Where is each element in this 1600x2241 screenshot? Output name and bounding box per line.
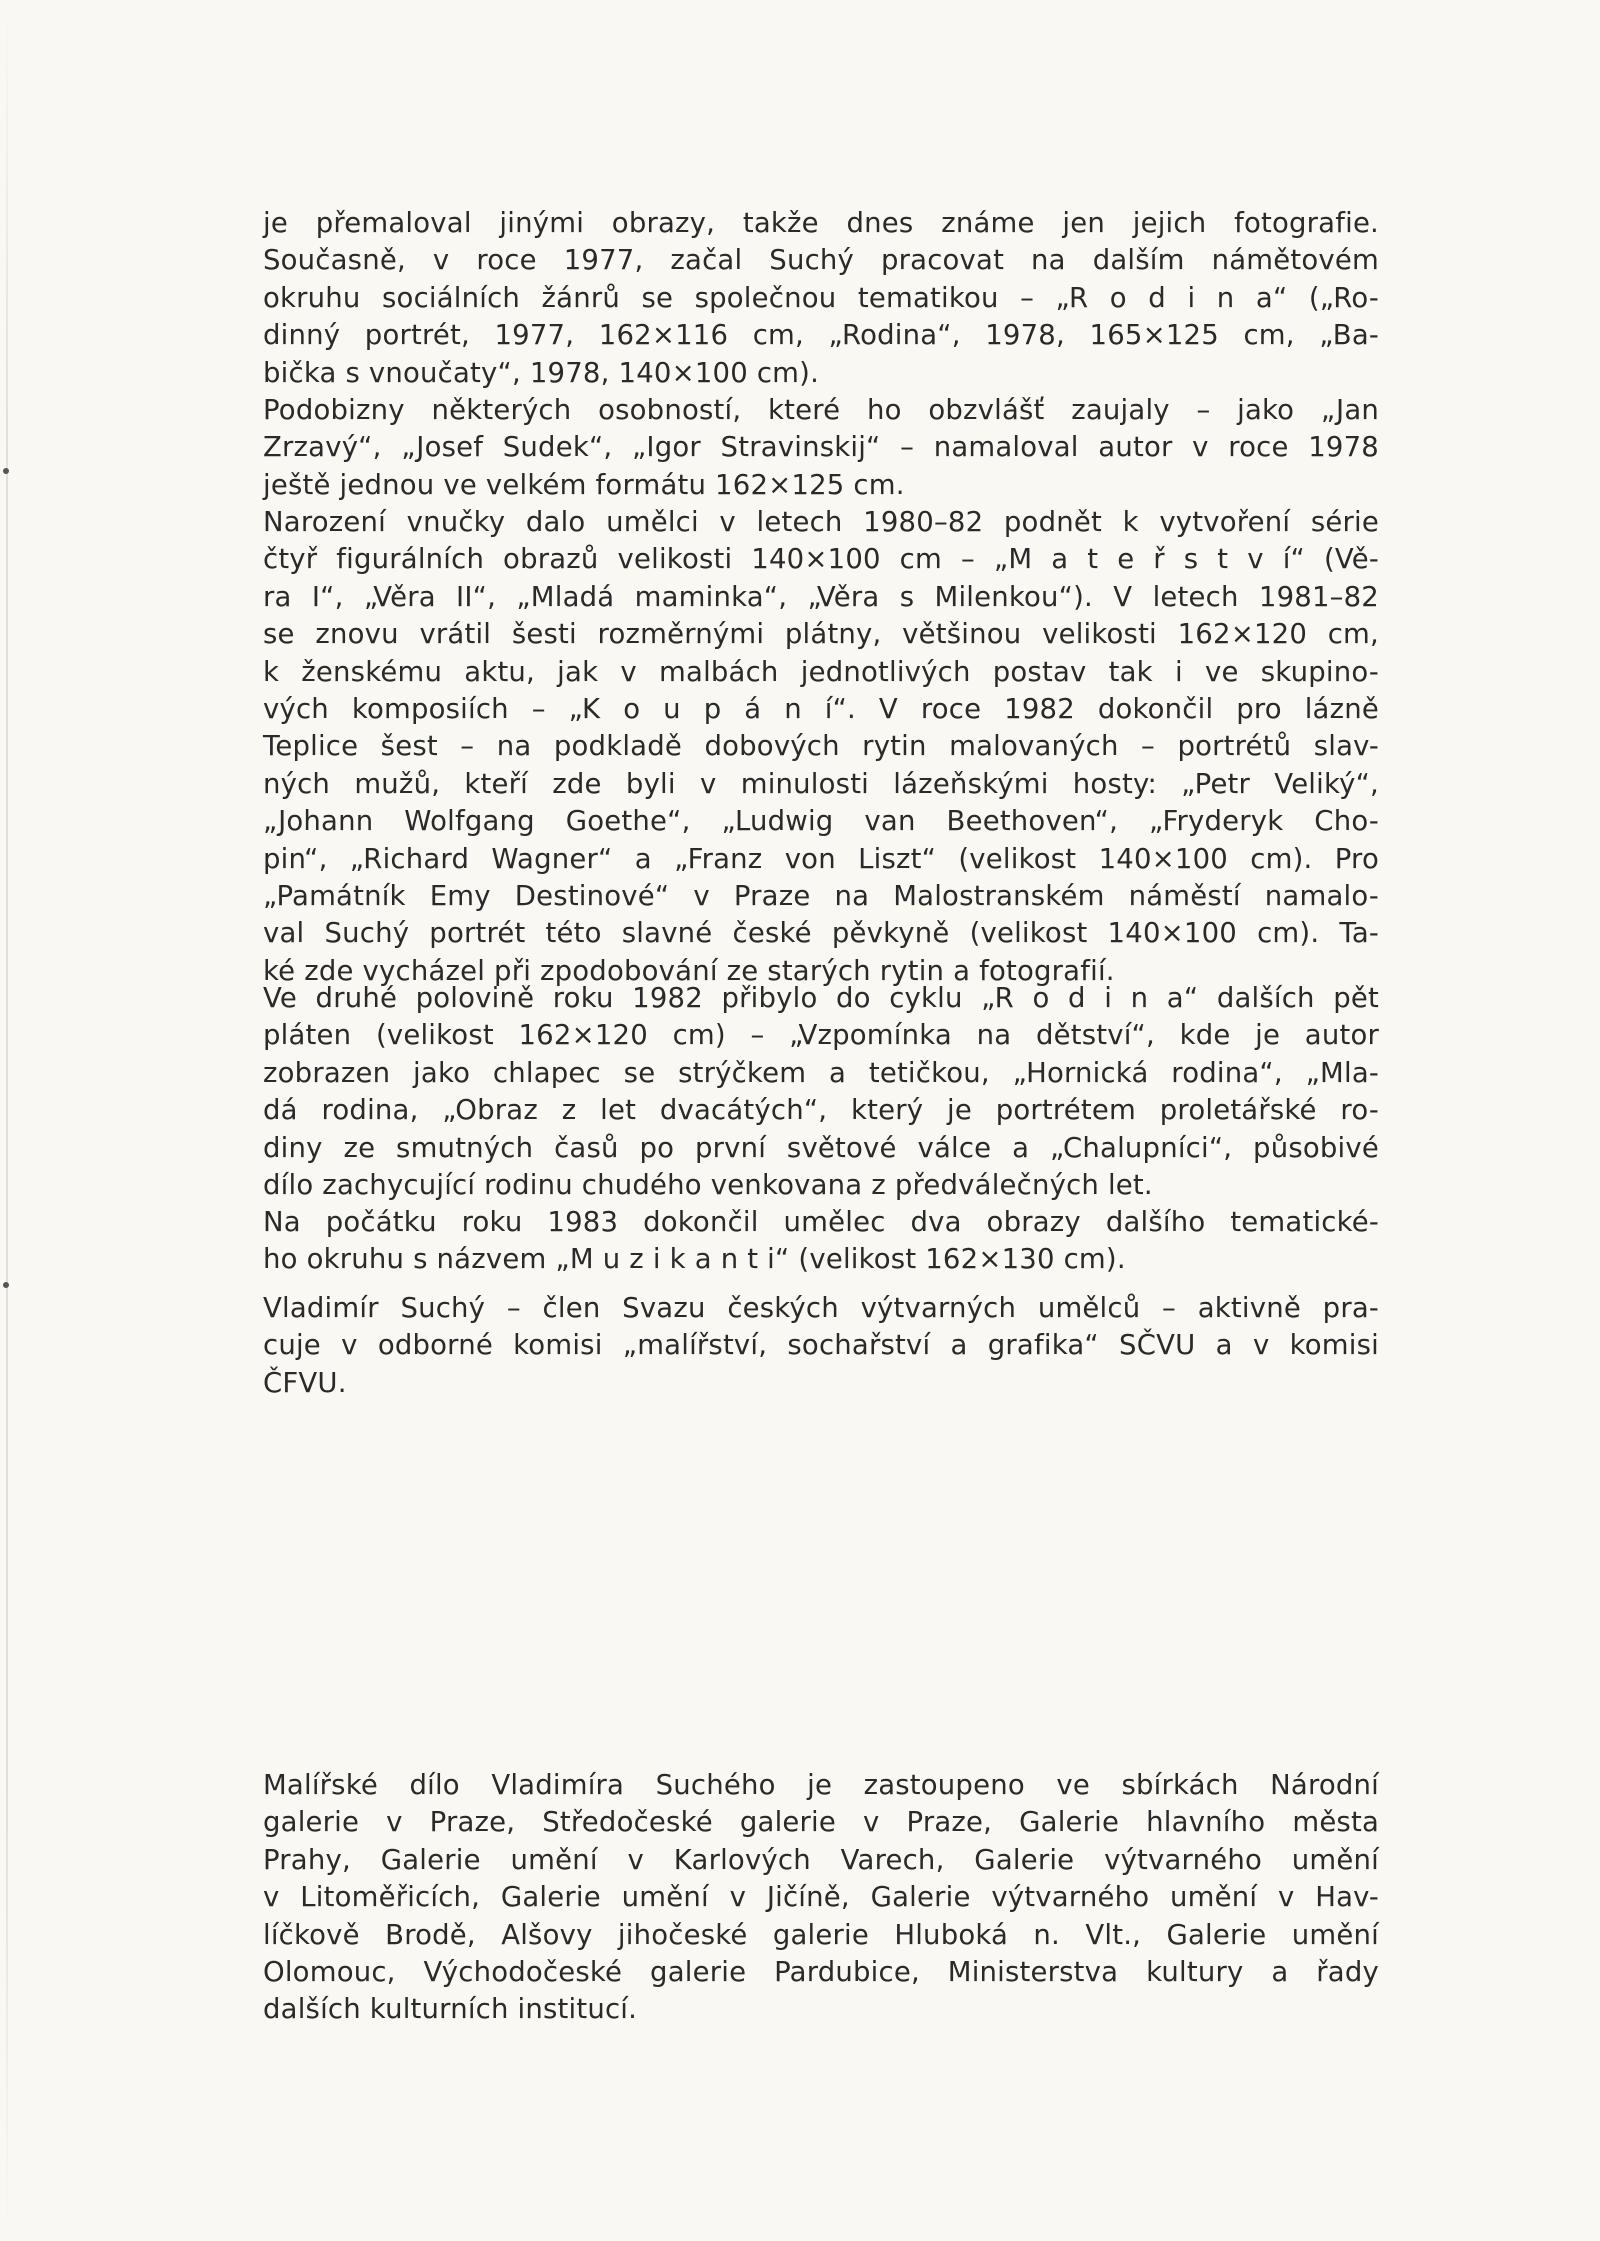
paragraph-portraits: Podobizny některých osobností, které ho …	[263, 392, 1379, 504]
paragraph-membership: Vladimír Suchý – člen Svazu českých výtv…	[263, 1290, 1379, 1402]
text-line: dá rodina, „Obraz z let dvacátých“, kter…	[263, 1092, 1379, 1129]
text-line: „Památník Emy Destinové“ v Praze na Malo…	[263, 878, 1379, 915]
text-line: cuje v odborné komisi „malířství, sochař…	[263, 1327, 1379, 1364]
text-line: bička s vnoučaty“, 1978, 140×100 cm).	[263, 355, 1379, 392]
edge-mark	[3, 1282, 9, 1288]
text-line: val Suchý portrét této slavné české pěvk…	[263, 915, 1379, 952]
text-line: Vladimír Suchý – člen Svazu českých výtv…	[263, 1290, 1379, 1327]
paragraph-motherhood: Narození vnučky dalo umělci v letech 198…	[263, 504, 1379, 990]
text-line: Ve druhé polovině roku 1982 přibylo do c…	[263, 980, 1379, 1017]
text-line: v Litoměřicích, Galerie umění v Jičíně, …	[263, 1879, 1379, 1916]
text-line: ještě jednou ve velkém formátu 162×125 c…	[263, 467, 1379, 504]
text-line: Malířské dílo Vladimíra Suchého je zasto…	[263, 1767, 1379, 1804]
text-line: Na počátku roku 1983 dokončil umělec dva…	[263, 1204, 1379, 1241]
paragraph-musicians: Na počátku roku 1983 dokončil umělec dva…	[263, 1204, 1379, 1279]
text-line: ČFVU.	[263, 1365, 1379, 1402]
text-line: Zrzavý“, „Josef Sudek“, „Igor Stravinski…	[263, 429, 1379, 466]
text-line: Narození vnučky dalo umělci v letech 198…	[263, 504, 1379, 541]
text-line: pin“, „Richard Wagner“ a „Franz von Lisz…	[263, 841, 1379, 878]
text-line: pláten (velikost 162×120 cm) – „Vzpomínk…	[263, 1017, 1379, 1054]
text-line: dalších kulturních institucí.	[263, 1991, 1379, 2028]
text-line: k ženskému aktu, jak v malbách jednotliv…	[263, 654, 1379, 691]
text-line: okruhu sociálních žánrů se společnou tem…	[263, 280, 1379, 317]
text-line: vých komposiích – „K o u p á n í“. V roc…	[263, 691, 1379, 728]
text-line: diny ze smutných časů po první světové v…	[263, 1130, 1379, 1167]
text-line: dinný portrét, 1977, 162×116 cm, „Rodina…	[263, 317, 1379, 354]
paragraph-continuation: je přemaloval jinými obrazy, takže dnes …	[263, 205, 1379, 392]
text-line: ho okruhu s názvem „M u z i k a n t i“ (…	[263, 1241, 1379, 1278]
text-line: se znovu vrátil šesti rozměrnými plátny,…	[263, 616, 1379, 653]
text-line: dílo zachycující rodinu chudého venkovan…	[263, 1167, 1379, 1204]
page-edge	[6, 0, 8, 2241]
text-line: galerie v Praze, Středočeské galerie v P…	[263, 1804, 1379, 1841]
paragraph-family-cycle: Ve druhé polovině roku 1982 přibylo do c…	[263, 980, 1379, 1204]
text-line: Současně, v roce 1977, začal Suchý praco…	[263, 242, 1379, 279]
text-line: ných mužů, kteří zde byli v minulosti lá…	[263, 766, 1379, 803]
text-line: ra I“, „Věra II“, „Mladá maminka“, „Věra…	[263, 579, 1379, 616]
text-line: líčkově Brodě, Alšovy jihočeské galerie …	[263, 1917, 1379, 1954]
text-line: je přemaloval jinými obrazy, takže dnes …	[263, 205, 1379, 242]
text-line: Podobizny některých osobností, které ho …	[263, 392, 1379, 429]
paragraph-collections: Malířské dílo Vladimíra Suchého je zasto…	[263, 1767, 1379, 2029]
text-line: „Johann Wolfgang Goethe“, „Ludwig van Be…	[263, 803, 1379, 840]
text-line: Teplice šest – na podkladě dobových ryti…	[263, 728, 1379, 765]
text-line: zobrazen jako chlapec se strýčkem a teti…	[263, 1055, 1379, 1092]
text-line: čtyř figurálních obrazů velikosti 140×10…	[263, 541, 1379, 578]
text-line: Olomouc, Východočeské galerie Pardubice,…	[263, 1954, 1379, 1991]
edge-mark	[3, 468, 9, 474]
text-line: Prahy, Galerie umění v Karlových Varech,…	[263, 1842, 1379, 1879]
